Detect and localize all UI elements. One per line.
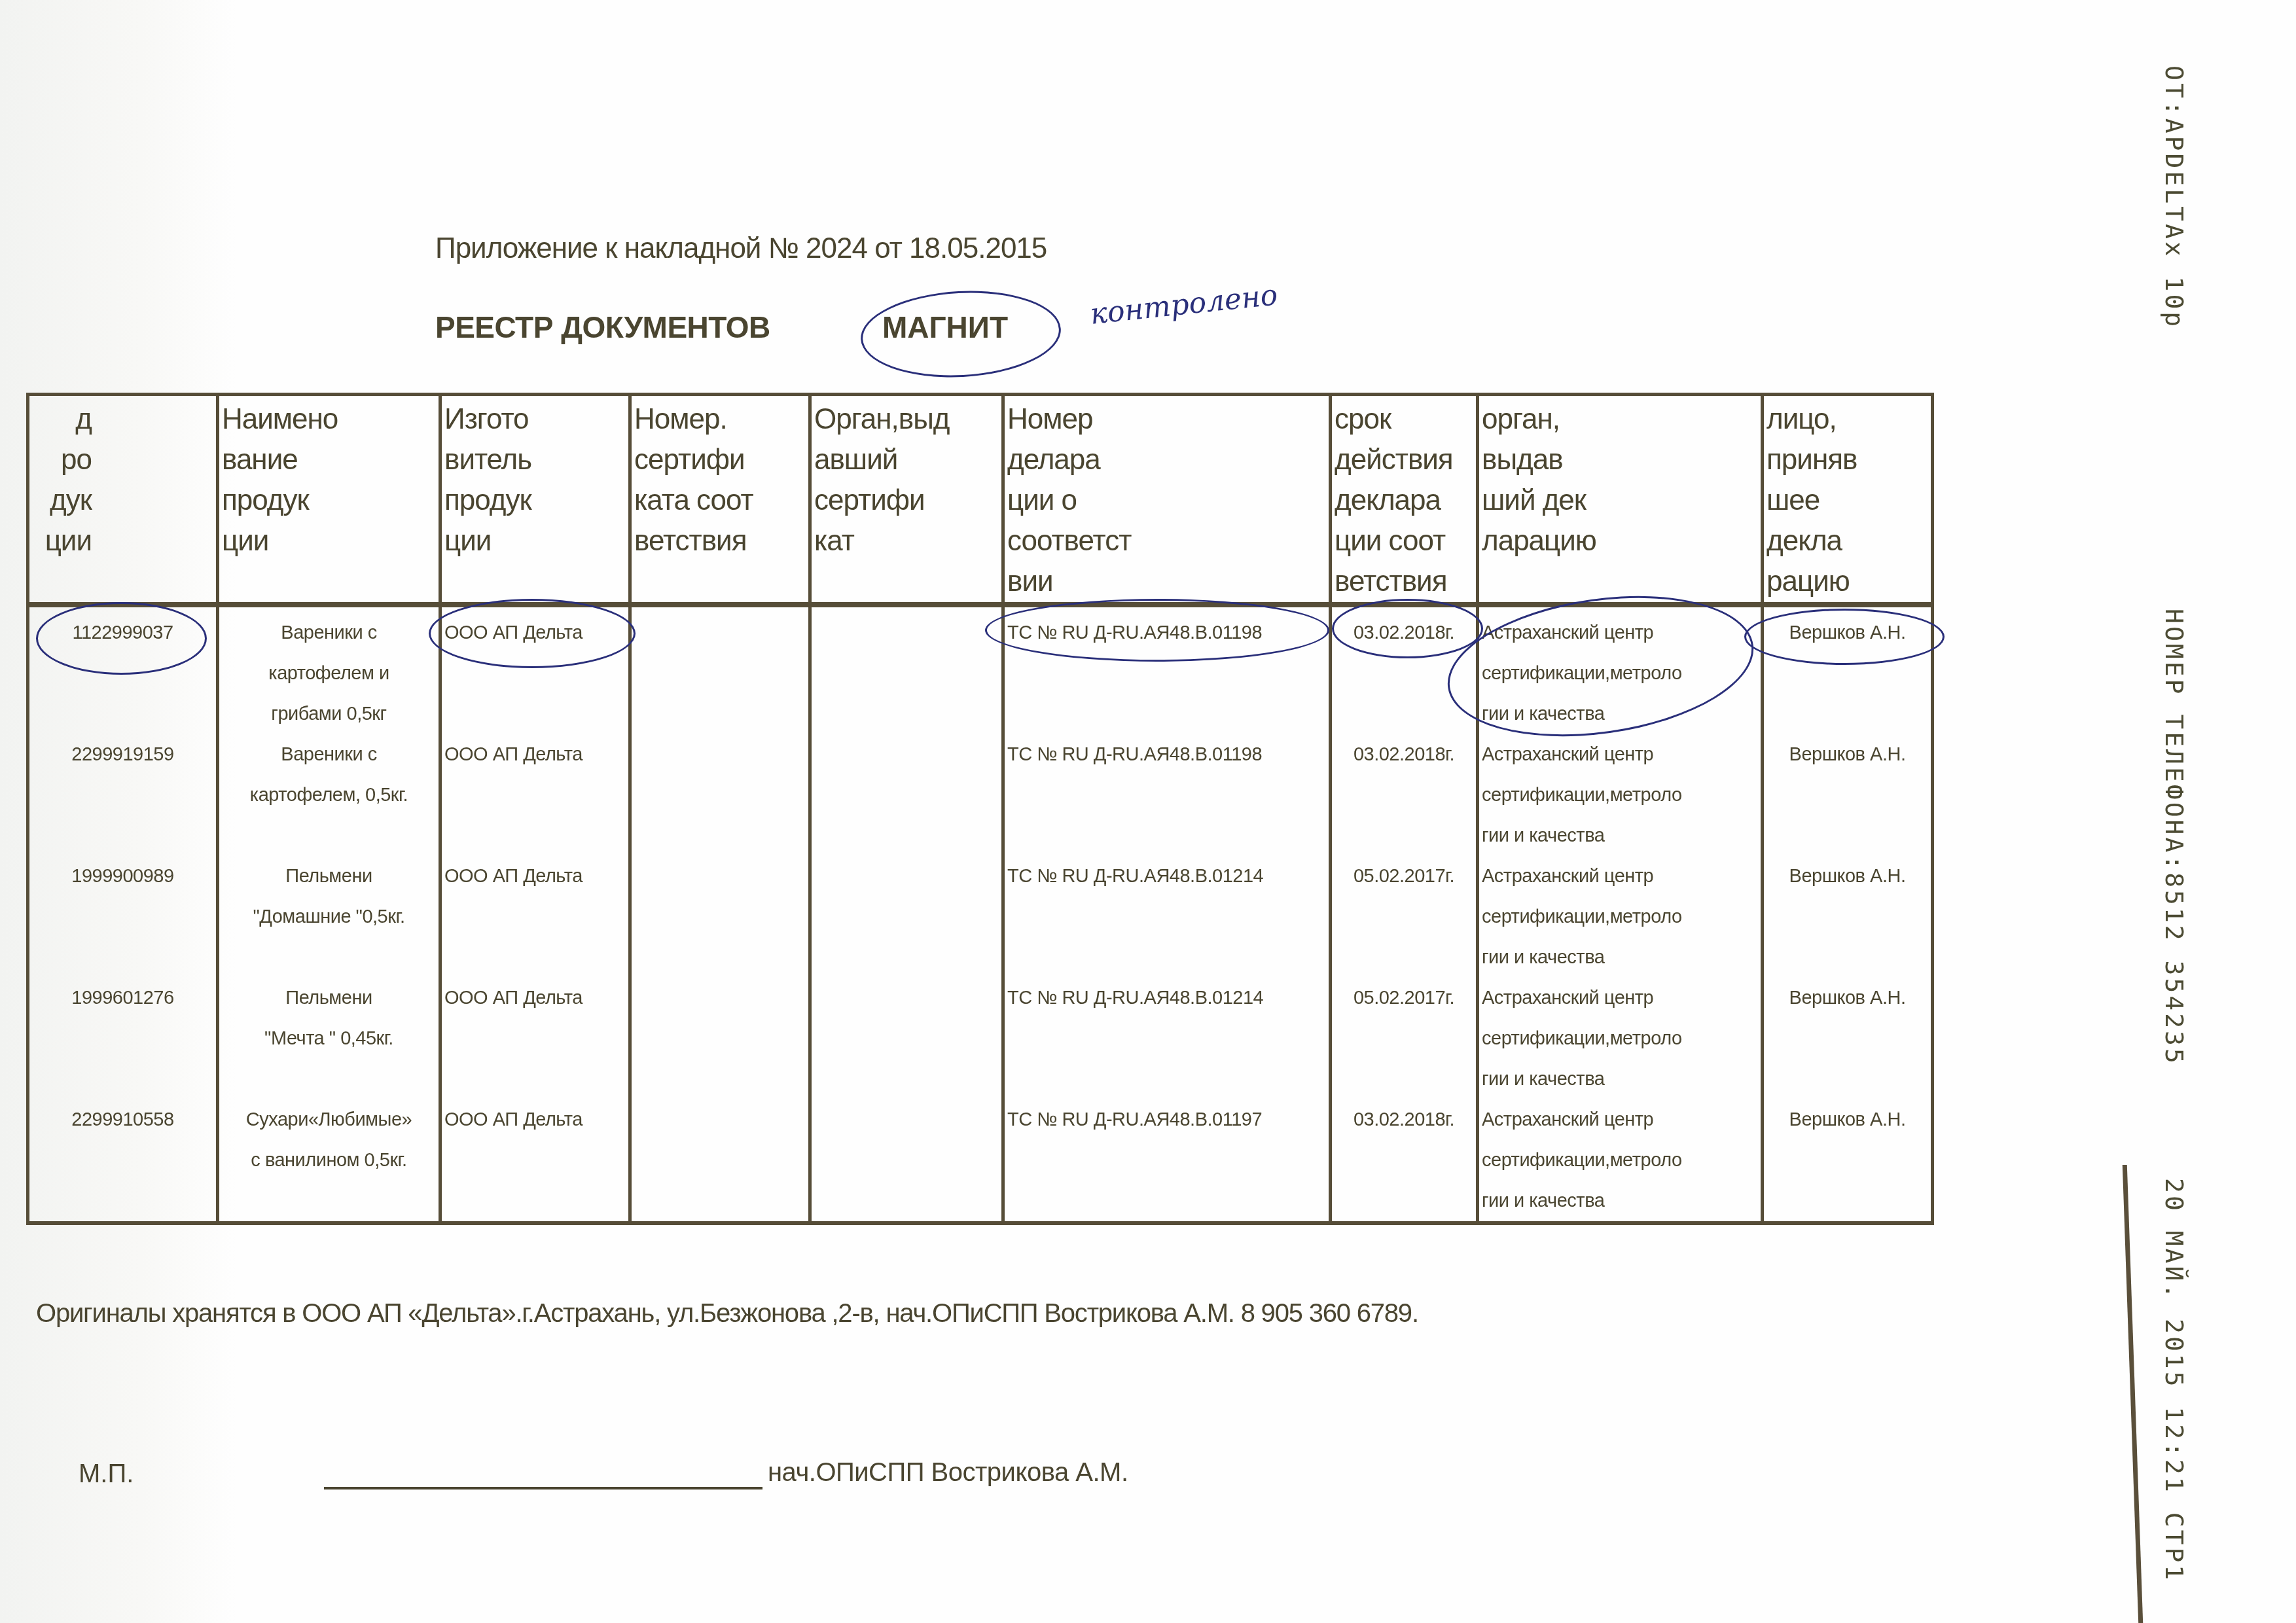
originals-note: Оригиналы хранятся в ООО АП «Дельта».г.А… [36,1299,1418,1329]
cell-certificate-no [630,605,810,734]
header-line: срок [1335,399,1473,440]
header-line: соответст [1007,521,1326,562]
header-line: ции соот [1335,521,1473,562]
header-line: ветствия [634,521,806,562]
signature-line [324,1487,762,1489]
header-line: ции [222,521,436,562]
signer-name: нач.ОПиСПП Вострикова А.М. [768,1458,1128,1488]
cell-accepted-by: Вершков А.Н. [1763,978,1933,1099]
header-line: дук [32,480,92,521]
cell-code-text: 2299919159 [71,744,173,765]
cell-line: гии и качества [1482,694,1758,734]
cell-declaration-body: Астраханский центрсертификации,метрологи… [1478,978,1763,1099]
header-line: Номер. [634,399,806,440]
cell-validity-text: 03.02.2018г. [1354,744,1454,765]
cell-line: сертификации,метроло [1482,1018,1758,1059]
header-line: Орган,выд [814,399,999,440]
cell-code: 1122999037 [28,605,218,734]
column-header: Номерделарации осоответствии [1003,395,1331,605]
cell-code-text: 1999900989 [71,866,173,887]
cell-manufacturer-text: ООО АП Дельта [444,1109,583,1130]
fax-header-from: ОТ:APDELTAx 10р [2160,65,2189,329]
cell-declaration-no: ТС № RU Д-RU.АЯ48.В.01198 [1003,734,1331,856]
header-line: лицо, [1767,399,1928,440]
fax-header-phone: НОМЕР ТЕЛЕФОНА:8512 354235 [2160,609,2189,1066]
cell-line: Астраханский центр [1482,856,1758,897]
document-title: Приложение к накладной № 2024 от 18.05.2… [435,232,1047,265]
header-line: орган, [1482,399,1758,440]
header-line: ветствия [1335,562,1473,602]
column-header: орган,выдавший декларацию [1478,395,1763,605]
cell-validity-text: 03.02.2018г. [1354,1109,1454,1130]
scanned-page: Приложение к накладной № 2024 от 18.05.2… [0,0,2296,1623]
cell-line: грибами 0,5кг [222,694,436,734]
cell-declaration-no-text: ТС № RU Д-RU.АЯ48.В.01197 [1007,1109,1262,1130]
cell-accepted-by: Вершков А.Н. [1763,856,1933,978]
paper-edge-line [2123,1165,2143,1623]
table-row: 2299910558Сухари«Любимые»с ванилином 0,5… [28,1099,1933,1223]
cell-product-name: Сухари«Любимые»с ванилином 0,5кг. [218,1099,440,1223]
cell-certificate-body [810,734,1003,856]
cell-line: Астраханский центр [1482,734,1758,775]
cell-line: "Домашние "0,5кг. [222,897,436,937]
cell-manufacturer-text: ООО АП Дельта [444,866,583,887]
cell-line: Астраханский центр [1482,978,1758,1018]
cell-manufacturer: ООО АП Дельта [440,978,630,1099]
header-line: ции [444,521,626,562]
cell-declaration-body: Астраханский центрсертификации,метрологи… [1478,1099,1763,1223]
header-line: д [32,399,92,440]
column-header: Изготовительпродукции [440,395,630,605]
cell-certificate-no [630,734,810,856]
cell-code: 1999900989 [28,856,218,978]
fax-header-datetime: 20 МАЙ. 2015 12:21 СТР1 [2160,1178,2189,1582]
cell-code: 2299919159 [28,734,218,856]
column-header: дродукции [28,395,218,605]
cell-validity: 03.02.2018г. [1331,1099,1478,1223]
cell-accepted-by: Вершков А.Н. [1763,734,1933,856]
cell-line: Пельмени [222,856,436,897]
table-row: 2299919159Вареники скартофелем, 0,5кг.ОО… [28,734,1933,856]
cell-certificate-no [630,978,810,1099]
cell-line: сертификации,метроло [1482,775,1758,815]
cell-validity: 05.02.2017г. [1331,856,1478,978]
cell-line: сертификации,метроло [1482,897,1758,937]
cell-declaration-no: ТС № RU Д-RU.АЯ48.В.01214 [1003,978,1331,1099]
cell-line: гии и качества [1482,937,1758,978]
cell-line: гии и качества [1482,815,1758,856]
cell-declaration-no-text: ТС № RU Д-RU.АЯ48.В.01198 [1007,622,1262,643]
header-line: шее [1767,480,1928,521]
cell-manufacturer-text: ООО АП Дельта [444,744,583,765]
cell-code-text: 2299910558 [71,1109,173,1130]
cell-accepted-by-text: Вершков А.Н. [1789,1109,1906,1130]
column-header: Номер.сертификата соответствия [630,395,810,605]
cell-certificate-body [810,978,1003,1099]
cell-manufacturer: ООО АП Дельта [440,856,630,978]
header-line: ший дек [1482,480,1758,521]
header-line: рацию [1767,562,1928,602]
cell-line: Вареники с [222,613,436,653]
header-line: авший [814,440,999,480]
handwritten-note: контролено [1088,278,1279,331]
cell-manufacturer: ООО АП Дельта [440,734,630,856]
cell-validity: 03.02.2018г. [1331,734,1478,856]
cell-code-text: 1999601276 [71,988,173,1008]
cell-manufacturer-text: ООО АП Дельта [444,988,583,1008]
header-line: вание [222,440,436,480]
cell-line: Вареники с [222,734,436,775]
cell-accepted-by-text: Вершков А.Н. [1789,988,1906,1008]
cell-accepted-by-text: Вершков А.Н. [1789,866,1906,887]
stamp-place-label: М.П. [79,1459,134,1489]
header-line: приняв [1767,440,1928,480]
cell-line: сертификации,метроло [1482,653,1758,694]
cell-line: гии и качества [1482,1059,1758,1099]
cell-validity-text: 05.02.2017г. [1354,988,1454,1008]
cell-declaration-no: ТС № RU Д-RU.АЯ48.В.01198 [1003,605,1331,734]
cell-validity-text: 03.02.2018г. [1354,622,1454,643]
header-line: Наимено [222,399,436,440]
column-header: Наименованиепродукции [218,395,440,605]
cell-code: 1999601276 [28,978,218,1099]
header-line: кат [814,521,999,562]
cell-accepted-by: Вершков А.Н. [1763,605,1933,734]
header-line: делара [1007,440,1326,480]
cell-line: картофелем и [222,653,436,694]
header-line: сертифи [634,440,806,480]
column-header: лицо,принявшеедекларацию [1763,395,1933,605]
cell-product-name: Вареники скартофелем игрибами 0,5кг [218,605,440,734]
header-line: продук [444,480,626,521]
table-row: 1999601276Пельмени"Мечта " 0,45кг.ООО АП… [28,978,1933,1099]
cell-code: 2299910558 [28,1099,218,1223]
cell-manufacturer: ООО АП Дельта [440,605,630,734]
cell-product-name: Вареники скартофелем, 0,5кг. [218,734,440,856]
header-line: сертифи [814,480,999,521]
cell-line: "Мечта " 0,45кг. [222,1018,436,1059]
documents-registry-table: дродукцииНаименованиепродукцииИзготовите… [26,393,1931,1214]
cell-line: сертификации,метроло [1482,1140,1758,1181]
cell-certificate-no [630,856,810,978]
cell-accepted-by: Вершков А.Н. [1763,1099,1933,1223]
cell-product-name: Пельмени"Мечта " 0,45кг. [218,978,440,1099]
header-line: ции о [1007,480,1326,521]
cell-validity: 05.02.2017г. [1331,978,1478,1099]
cell-declaration-no: ТС № RU Д-RU.АЯ48.В.01197 [1003,1099,1331,1223]
header-line: действия [1335,440,1473,480]
cell-line: Астраханский центр [1482,613,1758,653]
header-line: ката соот [634,480,806,521]
table-row: 1122999037Вареники скартофелем игрибами … [28,605,1933,734]
cell-certificate-no [630,1099,810,1223]
header-line: деклара [1335,480,1473,521]
cell-line: Астраханский центр [1482,1099,1758,1140]
column-header: срокдействиядекларации соответствия [1331,395,1478,605]
header-line: продук [222,480,436,521]
cell-line: с ванилином 0,5кг. [222,1140,436,1181]
cell-line: Сухари«Любимые» [222,1099,436,1140]
cell-declaration-no: ТС № RU Д-RU.АЯ48.В.01214 [1003,856,1331,978]
registry-heading: РЕЕСТР ДОКУМЕНТОВ [435,310,770,345]
header-line: декла [1767,521,1928,562]
header-line: ции [32,521,92,562]
header-line: Изгото [444,399,626,440]
recipient-name: МАГНИТ [882,310,1008,345]
cell-line: Пельмени [222,978,436,1018]
column-header: Орган,выдавшийсертификат [810,395,1003,605]
table-header-row: дродукцииНаименованиепродукцииИзготовите… [28,395,1933,605]
cell-certificate-body [810,1099,1003,1223]
cell-declaration-no-text: ТС № RU Д-RU.АЯ48.В.01214 [1007,988,1263,1008]
cell-certificate-body [810,856,1003,978]
cell-code-text: 1122999037 [72,622,173,643]
cell-declaration-no-text: ТС № RU Д-RU.АЯ48.В.01198 [1007,744,1262,765]
cell-product-name: Пельмени"Домашние "0,5кг. [218,856,440,978]
cell-accepted-by-text: Вершков А.Н. [1789,744,1906,765]
cell-line: картофелем, 0,5кг. [222,775,436,815]
header-line: Номер [1007,399,1326,440]
cell-declaration-body: Астраханский центрсертификации,метрологи… [1478,605,1763,734]
cell-line: гии и качества [1482,1181,1758,1221]
header-line: витель [444,440,626,480]
cell-certificate-body [810,605,1003,734]
cell-validity: 03.02.2018г. [1331,605,1478,734]
cell-manufacturer: ООО АП Дельта [440,1099,630,1223]
header-line: выдав [1482,440,1758,480]
table-row: 1999900989Пельмени"Домашние "0,5кг.ООО А… [28,856,1933,978]
cell-manufacturer-text: ООО АП Дельта [444,622,583,643]
header-line: вии [1007,562,1326,602]
header-line: ро [32,440,92,480]
cell-declaration-body: Астраханский центрсертификации,метрологи… [1478,734,1763,856]
cell-accepted-by-text: Вершков А.Н. [1789,622,1906,643]
cell-validity-text: 05.02.2017г. [1354,866,1454,887]
cell-declaration-body: Астраханский центрсертификации,метрологи… [1478,856,1763,978]
cell-declaration-no-text: ТС № RU Д-RU.АЯ48.В.01214 [1007,866,1263,887]
header-line: ларацию [1482,521,1758,562]
